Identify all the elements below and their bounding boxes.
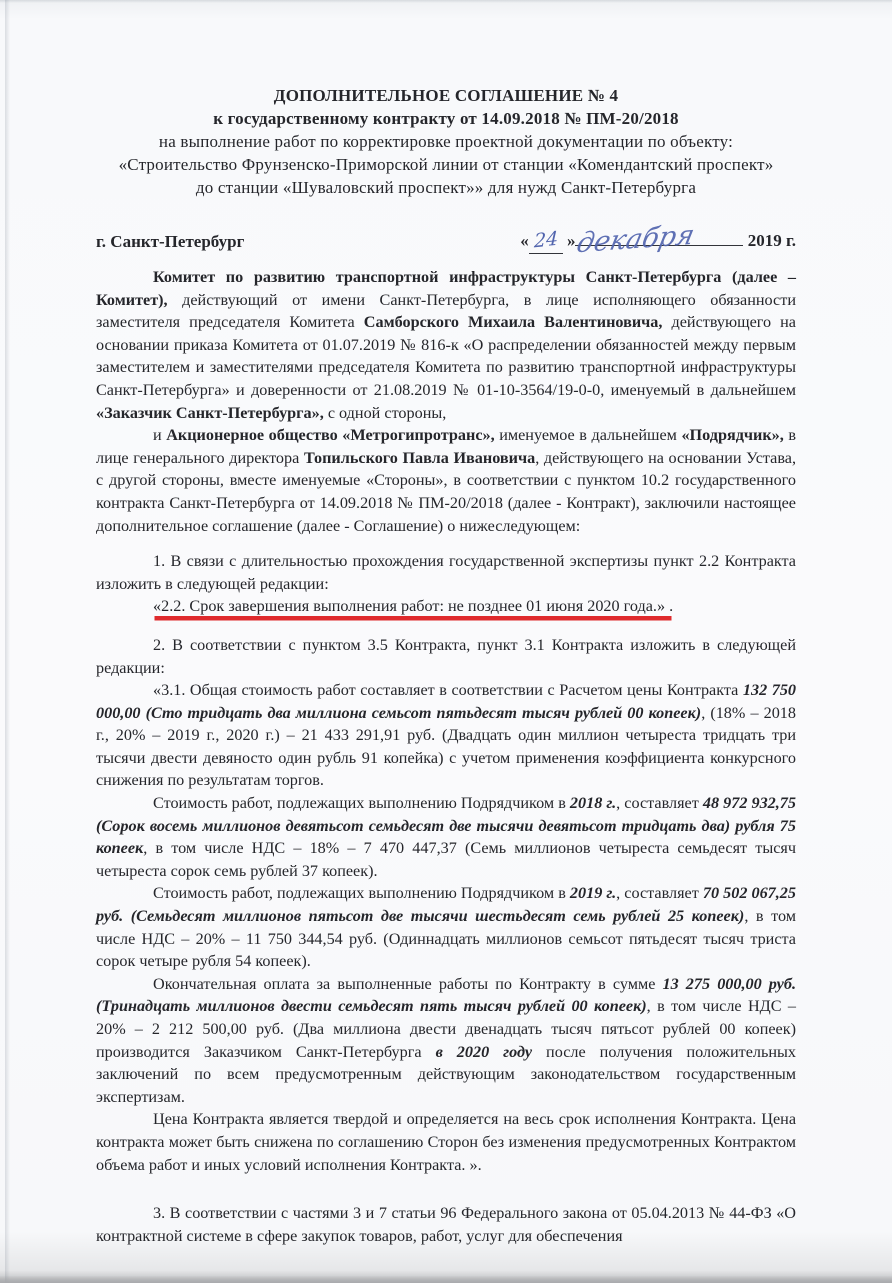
text-run: Топильского Павла Ивановича [304, 449, 535, 467]
year-label: 2019 г. [748, 231, 796, 250]
text-run: Окончательная оплата за выполненные рабо… [153, 975, 663, 993]
text-run: 3. В соответствии с частями 3 и 7 статьи… [96, 1204, 796, 1245]
text-run: «Подрядчик», [681, 426, 788, 444]
clause-1-new-wording: «2.2. Срок завершения выполнения работ: … [96, 595, 796, 618]
text-run: «2.2. Срок завершения выполнения работ: … [153, 597, 673, 615]
text-run: 2018 г. [570, 794, 616, 812]
text-run: 1. В связи с длительностью прохождения г… [96, 552, 796, 593]
document-body: Комитет по развитию транспортной инфраст… [96, 266, 796, 1247]
clause-2-cost-2018: Стоимость работ, подлежащих выполнению П… [96, 792, 796, 882]
scan-artifact-left-edge [5, 0, 10, 1283]
text-run: , составляет [616, 794, 703, 812]
document-content: ДОПОЛНИТЕЛЬНОЕ СОГЛАШЕНИЕ № 4к государст… [96, 84, 796, 1247]
date-day-slot: 24 [529, 228, 563, 254]
text-run: , в том числе НДС – 18% – 7 470 447,37 (… [96, 839, 796, 880]
title-line: до станции «Шуваловский проспект»» для н… [96, 176, 796, 199]
scan-artifact-top-edge [0, 0, 892, 3]
date-close-quote: » [567, 231, 576, 250]
text-run: в 2020 году [436, 1043, 532, 1061]
clause-2-firm-price: Цена Контракта является твердой и опреде… [96, 1108, 796, 1176]
handwritten-month: декабря [575, 224, 697, 257]
clause-2-final-payment: Окончательная оплата за выполненные рабо… [96, 973, 796, 1109]
date-open-quote: « [520, 231, 529, 250]
preamble-contractor: и Акционерное общество «Метрогипротранс»… [96, 424, 796, 537]
date-field: «24 »декабря 2019 г. [520, 223, 796, 254]
text-run: Акционерное общество «Метрогипротранс», [166, 426, 499, 444]
document-title: ДОПОЛНИТЕЛЬНОЕ СОГЛАШЕНИЕ № 4к государст… [96, 84, 796, 199]
handwritten-day: 24 [533, 227, 558, 254]
text-run: и [153, 426, 166, 444]
text-run: Самборского Михаила Валентиновича, [364, 313, 672, 331]
text-run: Цена Контракта является твердой и опреде… [96, 1110, 796, 1173]
text-run: «3.1. Общая стоимость работ составляет в… [153, 681, 743, 699]
text-run: , составляет [616, 884, 703, 902]
text-run: с одной стороны, [328, 404, 446, 422]
scanned-document-page: ДОПОЛНИТЕЛЬНОЕ СОГЛАШЕНИЕ № 4к государст… [0, 0, 892, 1283]
red-underline-annotation: «2.2. Срок завершения выполнения работ: … [153, 597, 673, 616]
text-run: «Заказчик Санкт-Петербурга», [96, 404, 328, 422]
date-month-slot: декабря [575, 223, 725, 246]
clause-2-total-cost: «3.1. Общая стоимость работ составляет в… [96, 679, 796, 792]
clause-3: 3. В соответствии с частями 3 и 7 статьи… [96, 1202, 796, 1247]
clause-2-cost-2019: Стоимость работ, подлежащих выполнению П… [96, 882, 796, 972]
date-tail-slot [725, 245, 743, 246]
text-run: 2019 г. [570, 884, 616, 902]
text-run: 2. В соответствии с пунктом 3.5 Контракт… [96, 636, 796, 677]
clause-1: 1. В связи с длительностью прохождения г… [96, 550, 796, 595]
place-date-row: г. Санкт-Петербург «24 »декабря 2019 г. [96, 223, 796, 254]
clause-2: 2. В соответствии с пунктом 3.5 Контракт… [96, 634, 796, 679]
text-run: Стоимость работ, подлежащих выполнению П… [153, 794, 570, 812]
title-line: «Строительство Фрунзенско-Приморской лин… [96, 153, 796, 176]
text-run: Стоимость работ, подлежащих выполнению П… [153, 884, 570, 902]
scan-artifact-bottom-edge [0, 1276, 892, 1283]
city-label: г. Санкт-Петербург [96, 230, 244, 254]
text-run: именуемое в дальнейшем [499, 426, 681, 444]
title-line: на выполнение работ по корректировке про… [96, 130, 796, 153]
preamble-customer: Комитет по развитию транспортной инфраст… [96, 266, 796, 424]
title-line: к государственному контракту от 14.09.20… [96, 107, 796, 130]
title-line: ДОПОЛНИТЕЛЬНОЕ СОГЛАШЕНИЕ № 4 [96, 84, 796, 107]
